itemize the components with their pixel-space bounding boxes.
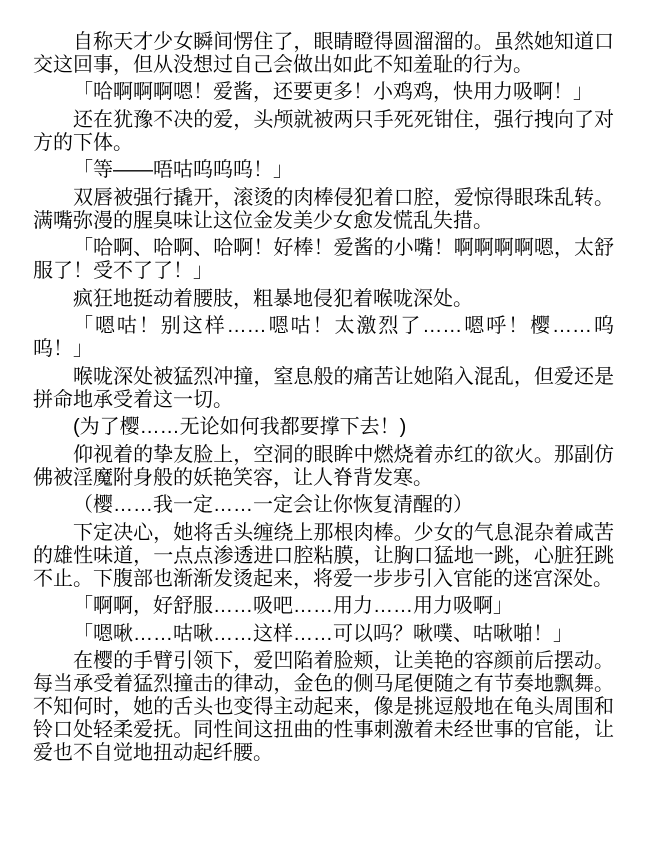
paragraph: 双唇被强行撬开，滚烫的肉棒侵犯着口腔，爱惊得眼珠乱转。满嘴弥漫的腥臭味让这位金发…	[33, 187, 614, 233]
paragraph: 「嗯啾……咕啾……这样……可以吗？啾噗、咕啾啪！」	[33, 623, 614, 646]
paragraph: 疯狂地挺动着腰肢，粗暴地侵犯着喉咙深处。	[33, 288, 614, 311]
paragraph: 在樱的手臂引领下，爱凹陷着脸颊，让美艳的容颜前后摆动。每当承受着猛烈撞击的律动，…	[33, 650, 614, 765]
paragraph: （樱……我一定……一定会让你恢复清醒的）	[33, 494, 614, 517]
paragraph: 「哈啊、哈啊、哈啊！好棒！爱酱的小嘴！啊啊啊啊嗯，太舒服了！受不了了！」	[33, 237, 614, 283]
paragraph: 还在犹豫不决的爱，头颅就被两只手死死钳住，强行拽向了对方的下体。	[33, 109, 614, 155]
paragraph: 下定决心，她将舌头缠绕上那根肉棒。少女的气息混杂着咸苦的雄性味道，一点点渗透进口…	[33, 522, 614, 591]
paragraph: (为了樱……无论如何我都要撑下去！)	[33, 416, 614, 439]
paragraph: 仰视着的挚友脸上，空洞的眼眸中燃烧着赤红的欲火。那副仿佛被淫魔附身般的妖艳笑容，…	[33, 444, 614, 490]
paragraph: 「啊啊，好舒服……吸吧……用力……用力吸啊」	[33, 595, 614, 618]
paragraph: 自称天才少女瞬间愣住了，眼睛瞪得圆溜溜的。虽然她知道口交这回事，但从没想过自己会…	[33, 31, 614, 77]
paragraph: 「等——唔咕呜呜呜！」	[33, 159, 614, 182]
paragraph: 「哈啊啊啊嗯！爱酱，还要更多！小鸡鸡，快用力吸啊！」	[33, 81, 614, 104]
document-page: 自称天才少女瞬间愣住了，眼睛瞪得圆溜溜的。虽然她知道口交这回事，但从没想过自己会…	[0, 0, 650, 850]
paragraph: 「嗯咕！别这样……嗯咕！太激烈了……嗯呼！樱……呜呜！」	[33, 315, 614, 361]
paragraph: 喉咙深处被猛烈冲撞，窒息般的痛苦让她陷入混乱，但爱还是拼命地承受着这一切。	[33, 366, 614, 412]
